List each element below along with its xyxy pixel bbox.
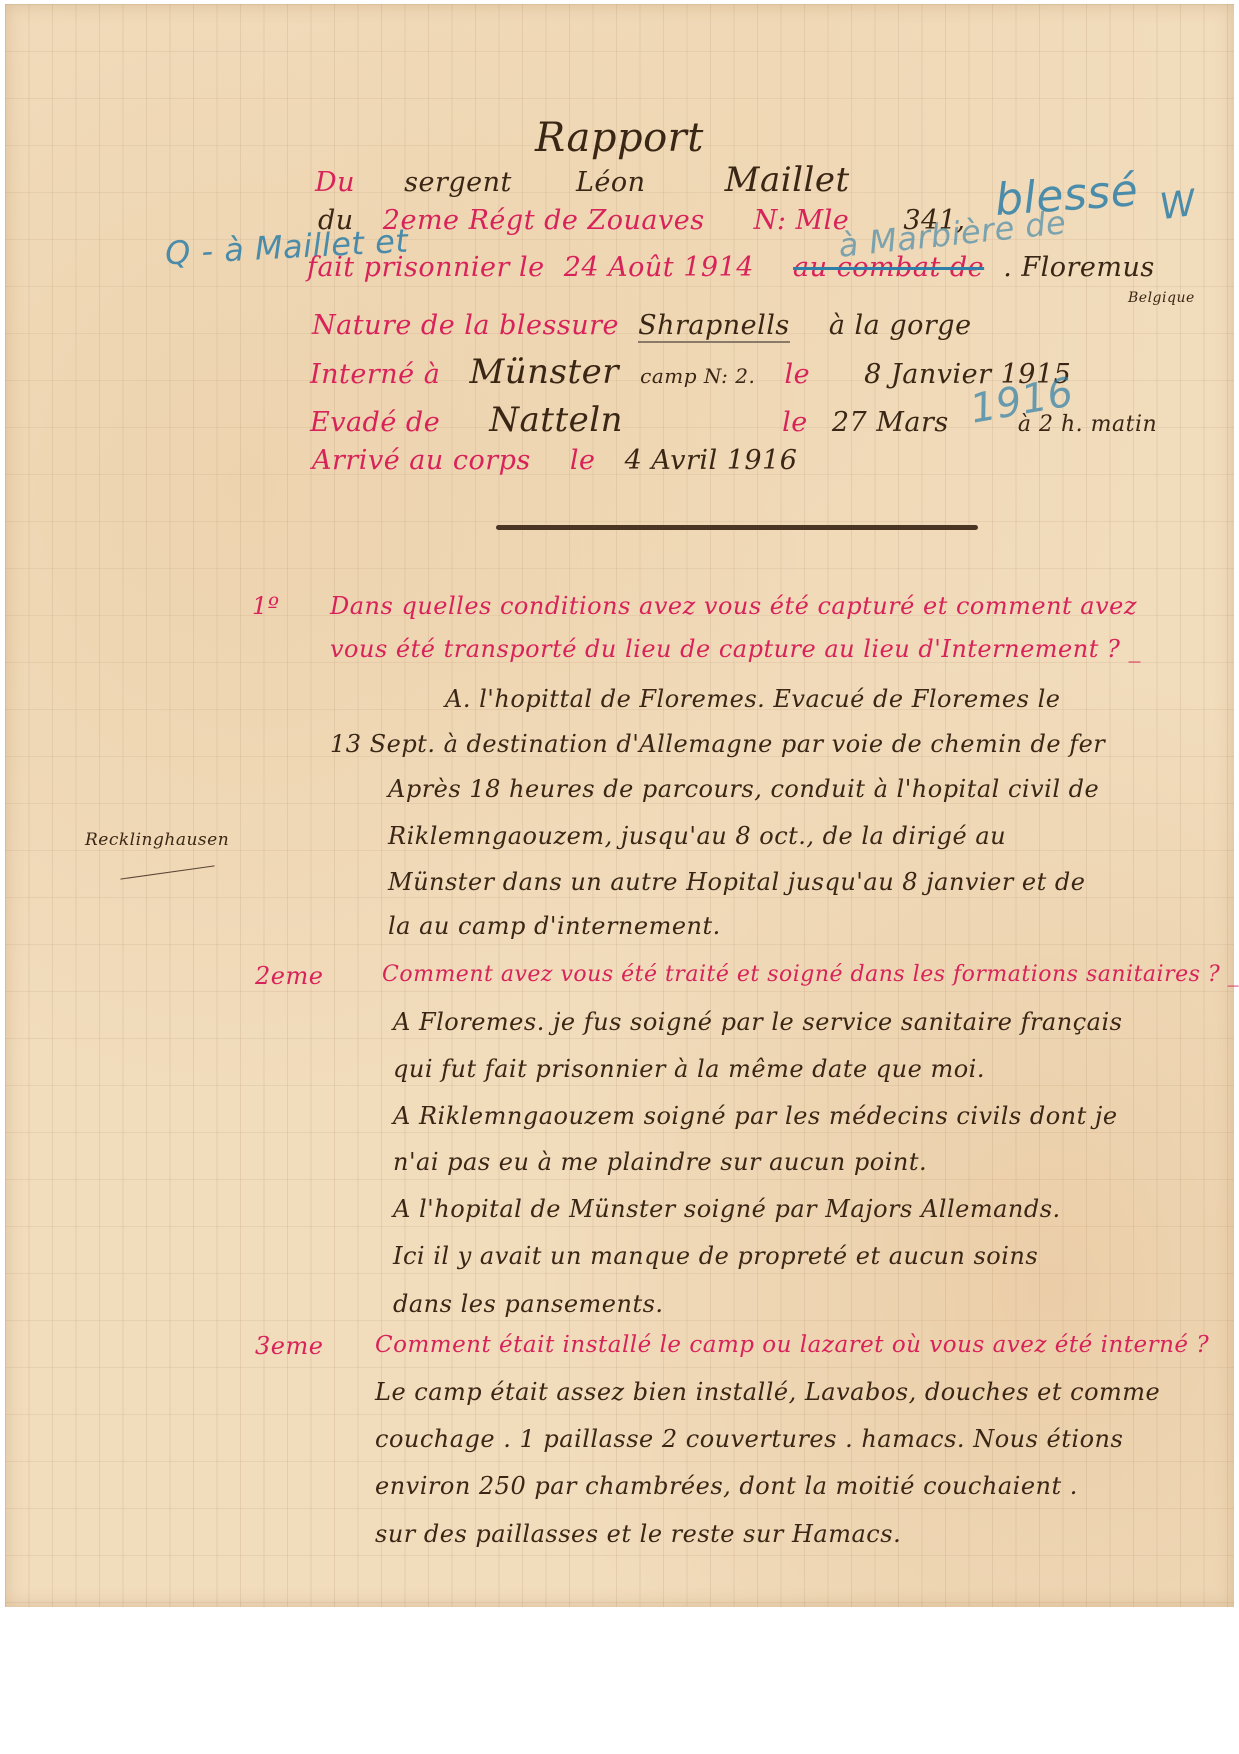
header-regiment: 2eme Régt de Zouaves — [383, 205, 705, 236]
captured-label: fait prisonnier le — [307, 252, 545, 283]
answer-1-line-5: Münster dans un autre Hopital jusqu'au 8… — [388, 868, 1085, 896]
header-rank: sergent — [404, 167, 512, 198]
wound-label: Nature de la blessure — [312, 310, 619, 341]
escaped-label: Evadé de — [310, 407, 440, 438]
header-prefix: Du — [315, 167, 355, 198]
answer-1-line-1: A. l'hopittal de Floremes. Evacué de Flo… — [445, 685, 1060, 713]
wound-location: à la gorge — [829, 310, 972, 341]
header-line-4: Nature de la blessure Shrapnells à la go… — [312, 310, 972, 341]
header-line-5: Interné à Münster camp N: 2. le 8 Janvie… — [310, 352, 1071, 392]
question-3-line-1: Comment était installé le camp ou lazare… — [375, 1332, 1209, 1358]
header-line-3: fait prisonnier le 24 Août 1914 au comba… — [307, 252, 1155, 283]
struck-text: au combat de — [793, 252, 984, 283]
header-line-1: Du sergent Léon Maillet — [315, 160, 850, 200]
margin-note-recklinghausen: Recklinghausen — [85, 830, 229, 850]
blue-annotation-w: W — [1157, 183, 1198, 229]
header-line-7: Arrivé au corps le 4 Avril 1916 — [312, 445, 797, 476]
header-first-name: Léon — [576, 167, 646, 198]
question-1-line-2: vous été transporté du lieu de capture a… — [330, 635, 1141, 663]
answer-2-line-5: A l'hopital de Münster soigné par Majors… — [393, 1195, 1061, 1223]
answer-1-line-3: Après 18 heures de parcours, conduit à l… — [388, 775, 1099, 803]
escaped-date: 27 Mars — [832, 407, 949, 438]
captured-country: Belgique — [1128, 290, 1195, 306]
question-1-line-1: Dans quelles conditions avez vous été ca… — [330, 592, 1137, 620]
arrived-le: le — [570, 445, 596, 476]
captured-place: . Floremus — [1003, 252, 1155, 283]
question-number-1: 1º — [252, 592, 280, 620]
arrived-date: 4 Avril 1916 — [625, 445, 798, 476]
answer-3-line-2: couchage . 1 paillasse 2 couvertures . h… — [375, 1425, 1123, 1453]
question-2-line-1: Comment avez vous été traité et soigné d… — [382, 962, 1239, 987]
answer-3-line-1: Le camp était assez bien installé, Lavab… — [375, 1378, 1160, 1406]
interned-place: Münster — [469, 352, 619, 392]
wound-type: Shrapnells — [638, 310, 790, 343]
header-last-name: Maillet — [725, 160, 850, 200]
arrived-label: Arrivé au corps — [312, 445, 531, 476]
question-number-2: 2eme — [255, 962, 323, 990]
escaped-place: Natteln — [489, 400, 623, 440]
interned-label: Interné à — [310, 359, 440, 390]
answer-2-line-1: A Floremes. je fus soigné par le service… — [393, 1008, 1122, 1036]
captured-date: 24 Août 1914 — [564, 252, 754, 283]
answer-2-line-4: n'ai pas eu à me plaindre sur aucun poin… — [393, 1148, 927, 1176]
answer-2-line-6: Ici il y avait un manque de propreté et … — [393, 1242, 1038, 1270]
answer-1-line-6: la au camp d'internement. — [388, 912, 721, 940]
answer-3-line-3: environ 250 par chambrées, dont la moiti… — [375, 1472, 1078, 1500]
header-matricule-label: N: Mle — [754, 205, 850, 236]
answer-1-line-4: Riklemngaouzem, jusqu'au 8 oct., de la d… — [388, 822, 1006, 850]
answer-2-line-2: qui fut fait prisonnier à la même date q… — [393, 1055, 985, 1083]
answer-1-line-2: 13 Sept. à destination d'Allemagne par v… — [330, 730, 1105, 758]
answer-2-line-7: dans les pansements. — [393, 1290, 664, 1318]
divider-rule — [496, 525, 978, 530]
interned-le: le — [784, 359, 810, 390]
interned-camp: camp N: 2. — [640, 364, 755, 388]
answer-2-line-3: A Riklemngaouzem soigné par les médecins… — [393, 1102, 1118, 1130]
escaped-le: le — [782, 407, 808, 438]
document-title: Rapport — [535, 115, 704, 161]
question-number-3: 3eme — [255, 1332, 323, 1360]
answer-3-line-4: sur des paillasses et le reste sur Hamac… — [375, 1520, 901, 1548]
